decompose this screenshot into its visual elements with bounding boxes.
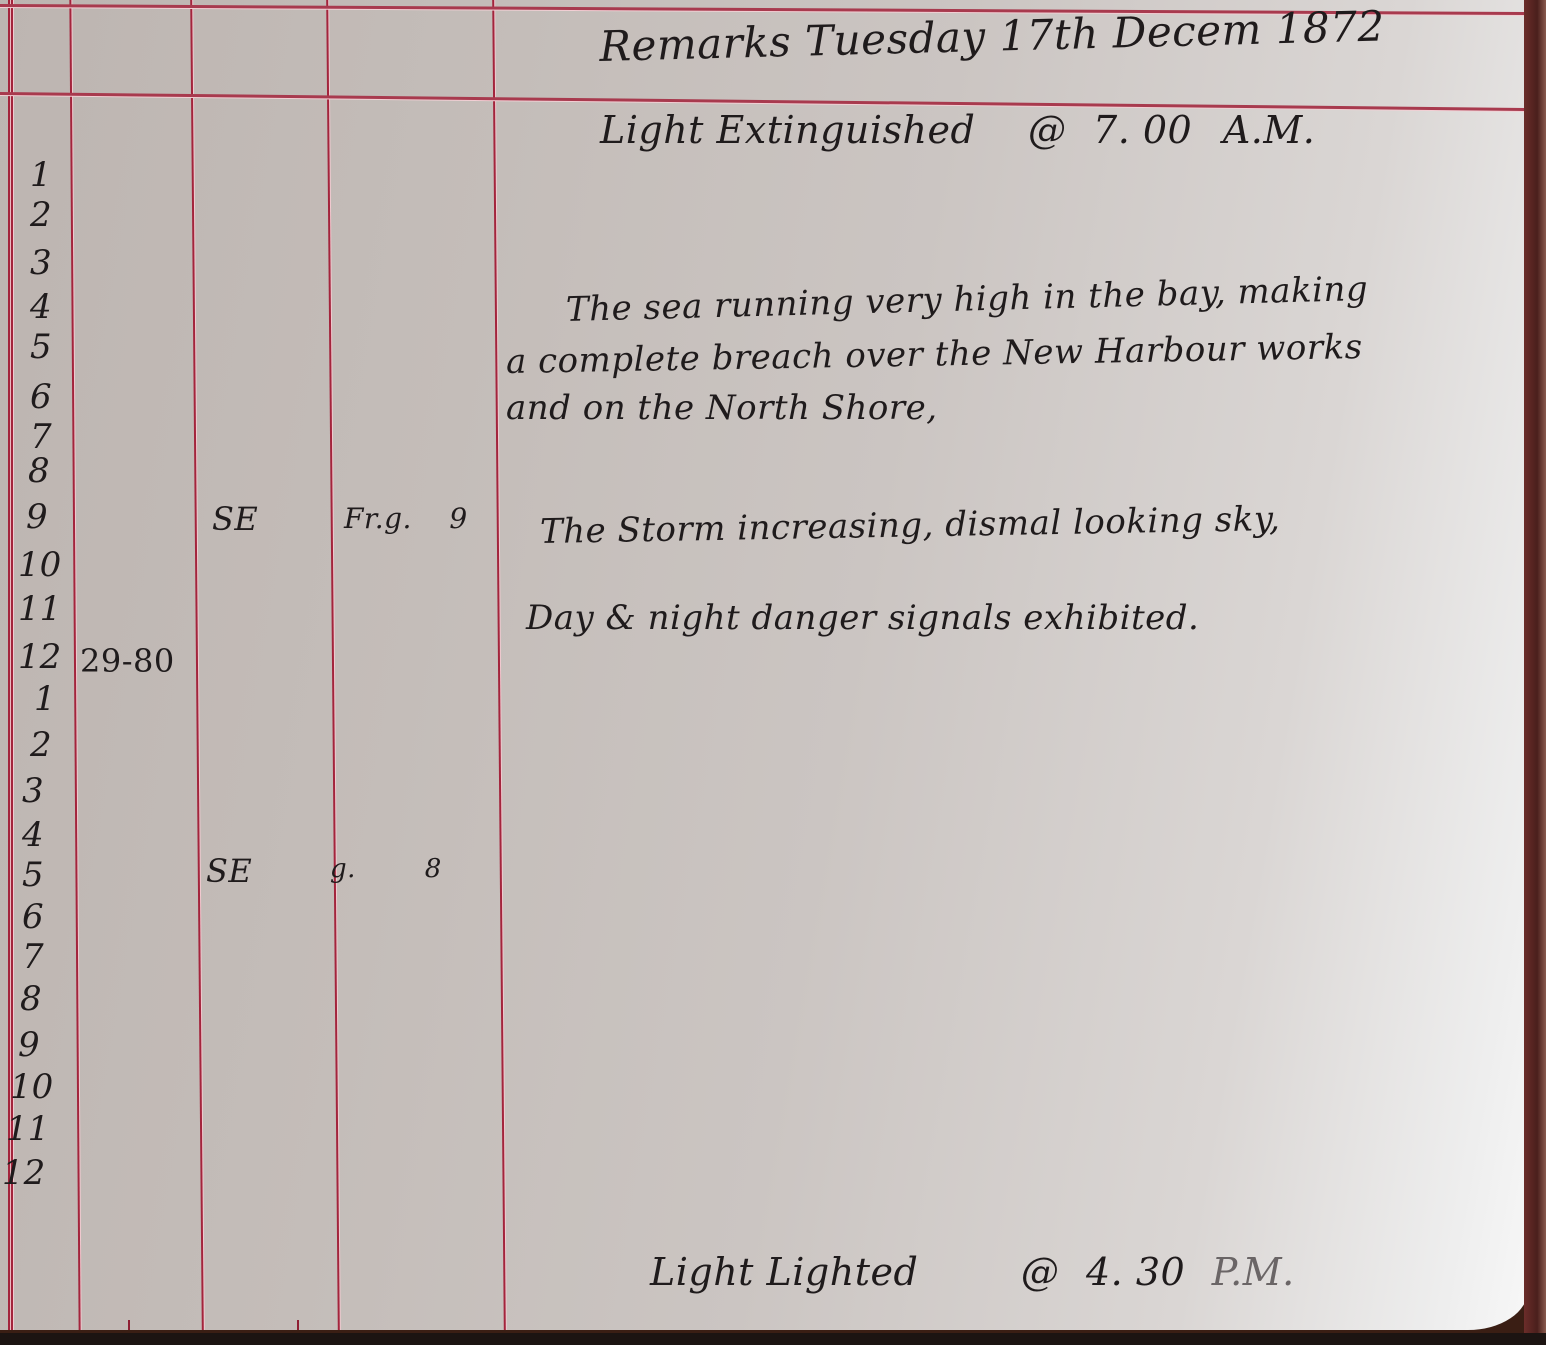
book-edge xyxy=(0,1333,1546,1345)
wind-force-abbr: g. xyxy=(330,854,356,884)
hour-am-9: 9 xyxy=(26,500,76,534)
hour-pm-11: 11 xyxy=(6,1112,56,1146)
hour-am-3: 3 xyxy=(30,246,80,280)
at-symbol: @ xyxy=(1028,108,1067,152)
remark-line-3: and on the North Shore, xyxy=(506,388,938,428)
light-lighted-period: P.M. xyxy=(1212,1250,1295,1294)
ledger-page: Remarks Tuesday 17th Decem 1872 Light Ex… xyxy=(0,0,1528,1330)
hour-am-5: 5 xyxy=(30,330,80,364)
hour-pm-7: 7 xyxy=(22,940,72,974)
at-symbol: @ xyxy=(1021,1250,1060,1294)
hour-am-4: 4 xyxy=(30,290,80,324)
light-extinguished-time: 7. 00 xyxy=(1093,108,1192,152)
bottom-tick xyxy=(128,1320,130,1330)
light-lighted-label: Light Lighted xyxy=(650,1250,918,1294)
hour-am-12: 12 xyxy=(18,640,68,674)
hour-am-2: 2 xyxy=(30,198,80,232)
hour-pm-8: 8 xyxy=(20,982,70,1016)
barometer-reading: 29-80 xyxy=(80,642,175,680)
hour-am-7: 7 xyxy=(30,420,80,454)
hour-pm-6: 6 xyxy=(22,900,72,934)
bottom-tick xyxy=(297,1320,299,1330)
hour-pm-5: 5 xyxy=(22,858,72,892)
remark-line-5: Day & night danger signals exhibited. xyxy=(526,598,1199,638)
hour-am-1: 1 xyxy=(30,158,80,192)
light-extinguished: Light Extinguished @ 7. 00 A.M. xyxy=(600,108,1315,152)
light-extinguished-label: Light Extinguished xyxy=(600,108,975,152)
hour-am-6: 6 xyxy=(30,380,80,414)
page-title: Remarks Tuesday 17th Decem 1872 xyxy=(599,1,1385,71)
wind-force-pm5: g. 8 xyxy=(330,854,442,884)
force-column-rule xyxy=(492,0,506,1330)
hour-pm-10: 10 xyxy=(10,1070,60,1104)
remark-line-4: The Storm increasing, dismal looking sky… xyxy=(540,499,1281,552)
wind-force-abbr: Fr.g. xyxy=(344,502,412,535)
hour-pm-2: 2 xyxy=(30,728,80,762)
light-lighted: Light Lighted @ 4. 30 P.M. xyxy=(650,1250,1295,1294)
hour-pm-12: 12 xyxy=(2,1156,52,1190)
wind-force-number: 8 xyxy=(425,854,442,884)
light-lighted-time: 4. 30 xyxy=(1086,1250,1185,1294)
hour-pm-1: 1 xyxy=(34,682,84,716)
remark-line-1: The sea running very high in the bay, ma… xyxy=(565,269,1368,330)
remark-line-2: a complete breach over the New Harbour w… xyxy=(506,327,1363,382)
hour-pm-3: 3 xyxy=(22,774,72,808)
hour-am-11: 11 xyxy=(18,592,68,626)
hour-am-8: 8 xyxy=(28,454,78,488)
barometer-column-rule xyxy=(190,0,204,1330)
wind-direction-am9: SE xyxy=(212,500,258,538)
wind-force-am9: Fr.g. 9 xyxy=(344,502,468,535)
light-extinguished-period: A.M. xyxy=(1223,108,1316,152)
wind-force-number: 9 xyxy=(449,502,467,535)
hour-am-10: 10 xyxy=(18,548,68,582)
hour-pm-9: 9 xyxy=(18,1028,68,1062)
wind-column-rule xyxy=(326,0,340,1330)
wind-direction-pm5: SE xyxy=(206,852,252,890)
book-binding xyxy=(1524,0,1546,1345)
hour-pm-4: 4 xyxy=(22,818,72,852)
